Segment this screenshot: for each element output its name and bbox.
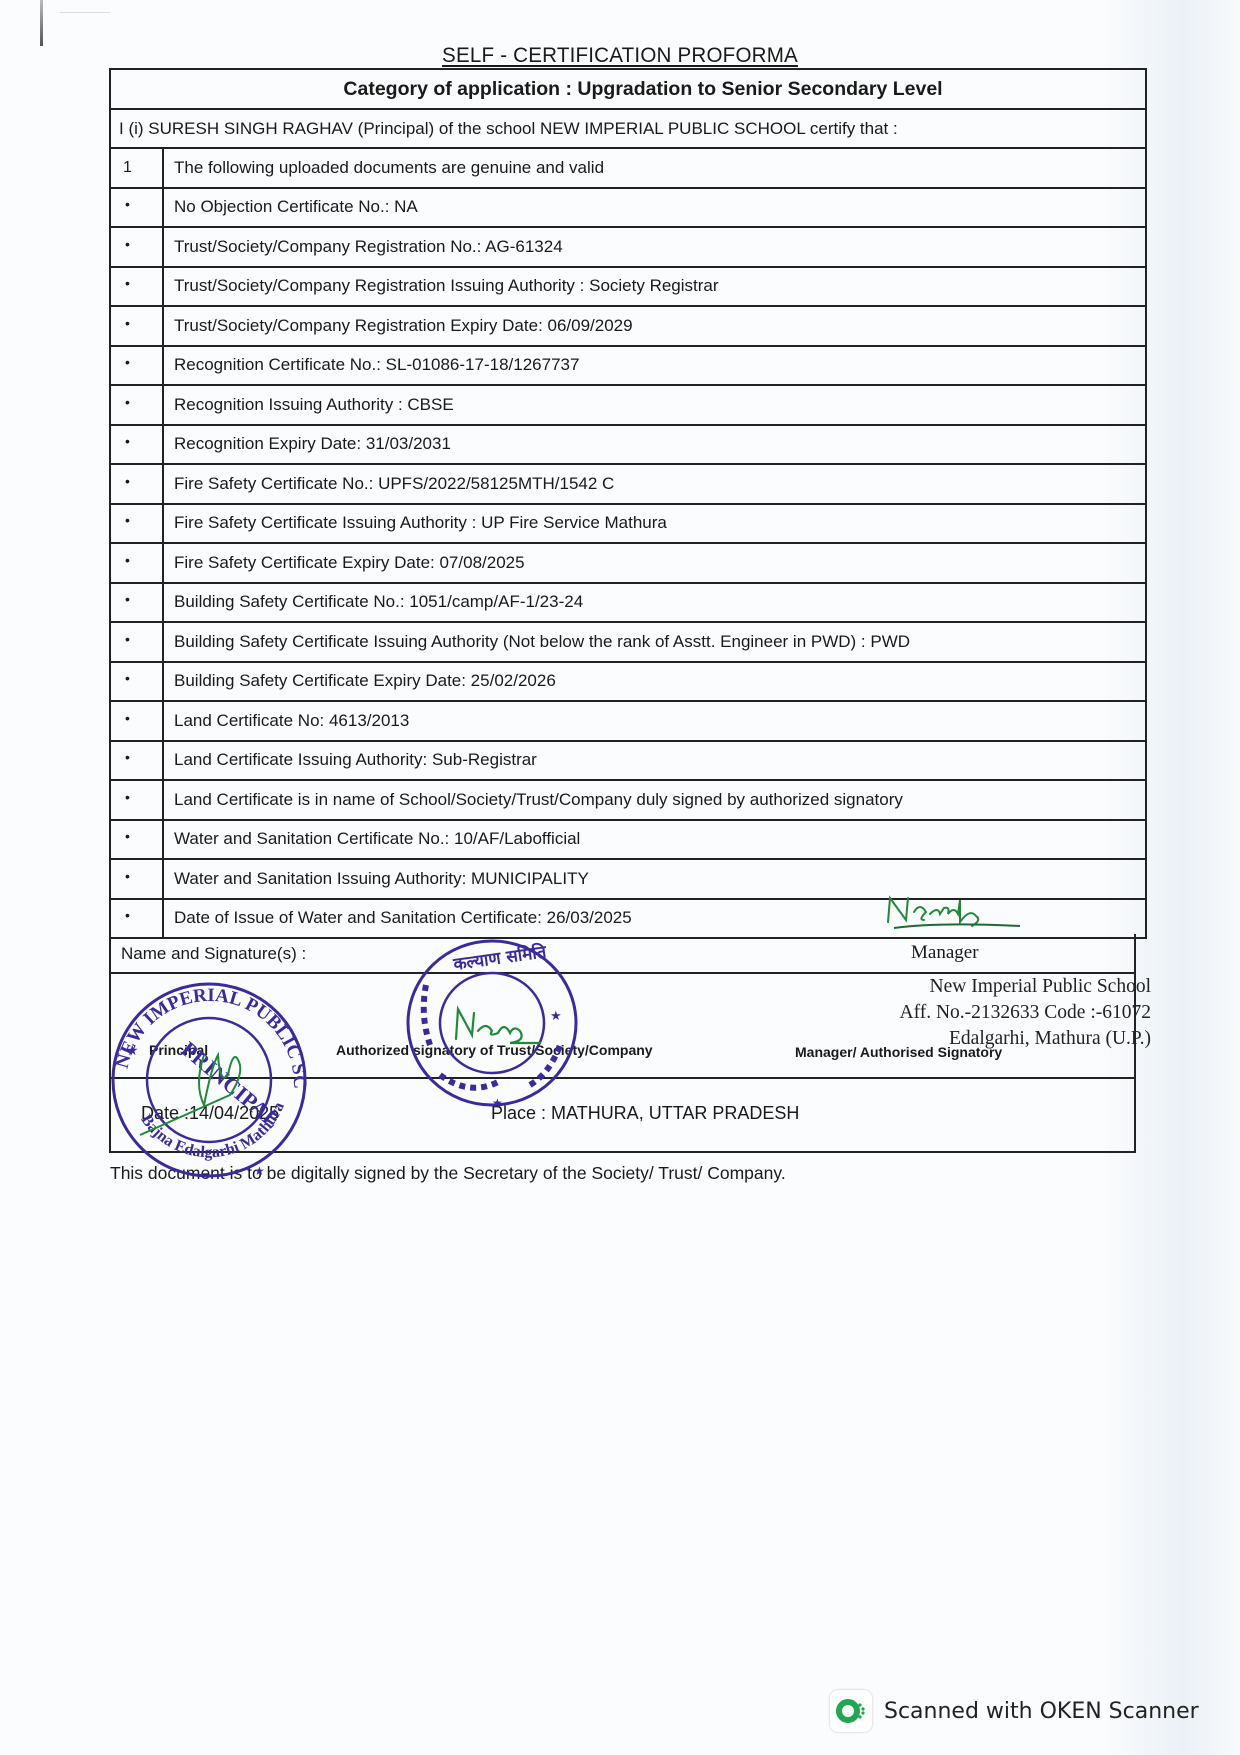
item-text: Water and Sanitation Certificate No.: 10…	[164, 829, 580, 849]
table-row: 1The following uploaded documents are ge…	[111, 149, 1145, 189]
item-text: Fire Safety Certificate No.: UPFS/2022/5…	[164, 474, 614, 494]
item-text: Trust/Society/Company Registration Issui…	[164, 276, 719, 296]
item-text: Building Safety Certificate No.: 1051/ca…	[164, 592, 583, 612]
item-text: Fire Safety Certificate Expiry Date: 07/…	[164, 553, 525, 573]
bullet-marker: •	[111, 900, 164, 938]
item-text: Date of Issue of Water and Sanitation Ce…	[164, 908, 632, 928]
item-text: Land Certificate No: 4613/2013	[164, 711, 409, 731]
date-field: Date :14/04/2025	[141, 1103, 279, 1124]
bullet-marker: •	[111, 426, 164, 464]
bullet-marker: •	[111, 465, 164, 503]
manager-signatory-label: Manager/ Authorised Signatory	[795, 1044, 1002, 1060]
table-row: •Recognition Expiry Date: 31/03/2031	[111, 426, 1145, 466]
place-field: Place : MATHURA, UTTAR PRADESH	[491, 1103, 799, 1124]
bullet-marker: •	[111, 742, 164, 780]
table-row: •Building Safety Certificate Expiry Date…	[111, 663, 1145, 703]
bullet-marker: •	[111, 623, 164, 661]
item-text: Recognition Issuing Authority : CBSE	[164, 395, 454, 415]
item-text: Water and Sanitation Issuing Authority: …	[164, 869, 589, 889]
bullet-marker: •	[111, 702, 164, 740]
manager-title: Manager	[911, 942, 979, 964]
item-text: Land Certificate Issuing Authority: Sub-…	[164, 750, 537, 770]
school-stamp-line: New Imperial Public School	[711, 974, 1151, 1000]
item-text: Trust/Society/Company Registration Expir…	[164, 316, 633, 336]
item-text: Fire Safety Certificate Issuing Authorit…	[164, 513, 667, 533]
bullet-marker: •	[111, 228, 164, 266]
name-signature-row: Name and Signature(s) : Manager	[111, 934, 1134, 974]
table-row: •Recognition Issuing Authority : CBSE	[111, 386, 1145, 426]
bullet-marker: •	[111, 821, 164, 859]
item-text: No Objection Certificate No.: NA	[164, 197, 418, 217]
school-stamp-text: New Imperial Public School Aff. No.-2132…	[711, 974, 1151, 1052]
bullet-marker: •	[111, 505, 164, 543]
category-row: Category of application : Upgradation to…	[111, 70, 1145, 110]
signatures-row: Principal Authorized signatory of Trust/…	[111, 974, 1134, 1079]
principal-label: Principal	[149, 1042, 208, 1058]
table-row: •Water and Sanitation Issuing Authority:…	[111, 860, 1145, 900]
table-row: •Recognition Certificate No.: SL-01086-1…	[111, 347, 1145, 387]
bullet-marker: •	[111, 663, 164, 701]
item-text: Land Certificate is in name of School/So…	[164, 790, 903, 810]
bullet-marker: •	[111, 307, 164, 345]
certification-table: Category of application : Upgradation to…	[109, 68, 1147, 939]
table-row: •No Objection Certificate No.: NA	[111, 189, 1145, 229]
scanner-watermark: Scanned with OKEN Scanner	[830, 1690, 1199, 1732]
table-row: •Water and Sanitation Certificate No.: 1…	[111, 821, 1145, 861]
bullet-marker: •	[111, 860, 164, 898]
items-list: 1The following uploaded documents are ge…	[111, 149, 1145, 939]
intro-statement: I (i) SURESH SINGH RAGHAV (Principal) of…	[119, 119, 898, 139]
table-row: •Land Certificate No: 4613/2013	[111, 702, 1145, 742]
table-row: •Fire Safety Certificate No.: UPFS/2022/…	[111, 465, 1145, 505]
bullet-marker: •	[111, 584, 164, 622]
item-text: Recognition Certificate No.: SL-01086-17…	[164, 355, 579, 375]
table-row: •Land Certificate is in name of School/S…	[111, 781, 1145, 821]
bullet-marker: •	[111, 781, 164, 819]
table-row: •Building Safety Certificate No.: 1051/c…	[111, 584, 1145, 624]
item-number: 1	[111, 149, 164, 187]
footnote: This document is to be digitally signed …	[110, 1163, 786, 1184]
category-heading: Category of application : Upgradation to…	[343, 78, 942, 101]
scan-edge-mark	[60, 12, 110, 13]
intro-row: I (i) SURESH SINGH RAGHAV (Principal) of…	[111, 110, 1145, 149]
item-text: Recognition Expiry Date: 31/03/2031	[164, 434, 451, 454]
scanner-label: Scanned with OKEN Scanner	[884, 1699, 1199, 1724]
bullet-marker: •	[111, 544, 164, 582]
table-row: •Trust/Society/Company Registration Issu…	[111, 268, 1145, 308]
item-text: Building Safety Certificate Issuing Auth…	[164, 632, 910, 652]
table-row: •Trust/Society/Company Registration No.:…	[111, 228, 1145, 268]
bullet-marker: •	[111, 268, 164, 306]
scan-edge-mark	[40, 0, 43, 46]
bullet-marker: •	[111, 386, 164, 424]
school-stamp-line: Aff. No.-2132633 Code :-61072	[711, 1000, 1151, 1026]
item-text: Building Safety Certificate Expiry Date:…	[164, 671, 556, 691]
table-row: •Land Certificate Issuing Authority: Sub…	[111, 742, 1145, 782]
date-place-row: Date :14/04/2025 Place : MATHURA, UTTAR …	[111, 1079, 1134, 1151]
table-row: •Fire Safety Certificate Expiry Date: 07…	[111, 544, 1145, 584]
bullet-marker: •	[111, 189, 164, 227]
table-row: •Fire Safety Certificate Issuing Authori…	[111, 505, 1145, 545]
signature-table: Name and Signature(s) : Manager Principa…	[109, 934, 1136, 1153]
table-row: •Building Safety Certificate Issuing Aut…	[111, 623, 1145, 663]
document-title: SELF - CERTIFICATION PROFORMA	[12, 44, 1227, 68]
item-text: The following uploaded documents are gen…	[164, 158, 604, 178]
table-row: •Trust/Society/Company Registration Expi…	[111, 307, 1145, 347]
oken-scanner-logo-icon	[830, 1690, 872, 1732]
item-text: Trust/Society/Company Registration No.: …	[164, 237, 563, 257]
authorized-signatory-label: Authorized signatory of Trust/Society/Co…	[336, 1042, 653, 1058]
bullet-marker: •	[111, 347, 164, 385]
name-signature-label: Name and Signature(s) :	[121, 944, 306, 964]
